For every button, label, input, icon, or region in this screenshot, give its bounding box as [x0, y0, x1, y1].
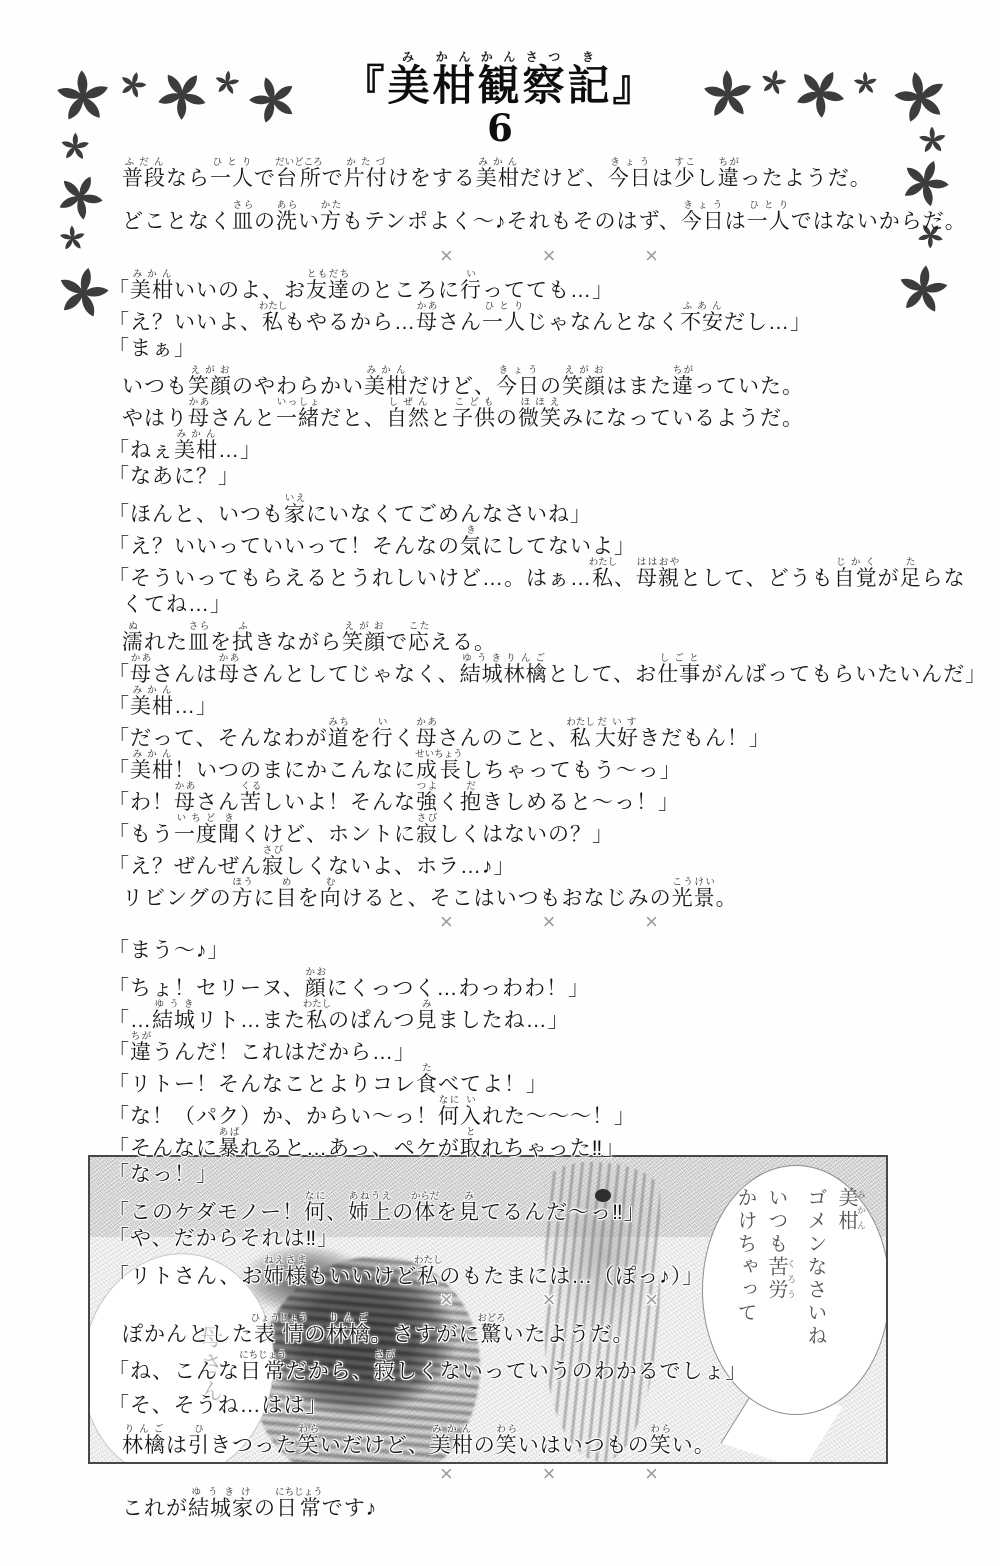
- text-line: 「なあに？」: [108, 461, 960, 493]
- text-line: 「母かあさんは母かあさんとしてじゃなく、結城ゆうき林檎りんごとして、お仕事しごと…: [108, 653, 960, 685]
- x-mark: ×: [645, 243, 658, 269]
- section-ending: ぽかんとした表情ひょうじょうの林檎りんご。さすがに驚おどろいたようだ。「ね、こん…: [122, 1313, 960, 1461]
- text-line: 「そ、そうね…はは」: [108, 1387, 960, 1424]
- x-mark: ×: [543, 243, 556, 269]
- x-mark: ×: [543, 1461, 556, 1487]
- text-line: 「ほんと、いつも家いえにいなくてごめんなさいね」: [108, 493, 960, 525]
- novel-text: 普段ふだんなら一人ひとりで台所だいどころで片付かたづけをする美柑みかんだけど、今…: [0, 157, 1000, 1527]
- section-living-room-dialogue: 「まう〜♪」「ちょ！セリーヌ、顔かおにくっつく…わっわわ！」「…結城ゆうきリト……: [122, 935, 960, 1287]
- x-mark: ×: [645, 909, 658, 935]
- section-separator: × × ×: [440, 243, 658, 269]
- x-mark: ×: [645, 1287, 658, 1313]
- section-separator: × × ×: [440, 909, 658, 935]
- section-separator: × × ×: [440, 1287, 658, 1313]
- text-line: 林檎りんごは引ひきつった笑わらいだけど、美柑みかんの笑わらいはいつもの笑わらい。: [122, 1424, 960, 1461]
- section-intro: 普段ふだんなら一人ひとりで台所だいどころで片付かたづけをする美柑みかんだけど、今…: [122, 157, 960, 243]
- text-line: 「ちょ！セリーヌ、顔かおにくっつく…わっわわ！」: [108, 967, 960, 999]
- x-mark: ×: [440, 1287, 453, 1313]
- text-line: 普段ふだんなら一人ひとりで台所だいどころで片付かたづけをする美柑みかんだけど、今…: [122, 157, 960, 200]
- x-mark: ×: [440, 909, 453, 935]
- text-line: いつも笑顔えがおのやわらかい美柑みかんだけど、今日きょうの笑顔えがおはまた違ちが…: [122, 365, 960, 397]
- text-line: 濡ぬれた皿さらを拭ふきながら笑顔えがおで応こたえる。: [122, 621, 960, 653]
- text-line: 「このケダモノー！何なに、姉上あねうえの体からだを見みてるんだ〜っ‼」: [108, 1191, 960, 1223]
- text-line: これが結城家ゆうきけの日常にちじょうです♪: [122, 1487, 960, 1527]
- text-line: 「ね、こんな日常にちじょうだから、寂さびしくないっていうのわかるでしょ」: [108, 1350, 960, 1387]
- text-line: 「だって、そんなわが道みちを行いく母かあさんのこと、私わたし大好だいすきだもん！…: [108, 717, 960, 749]
- text-line: ぽかんとした表情ひょうじょうの林檎りんご。さすがに驚おどろいたようだ。: [122, 1313, 960, 1350]
- text-line: 「まう〜♪」: [108, 935, 960, 967]
- text-line: どことなく皿さらの洗あらい方かたもテンポよく〜♪それもそのはず、今日きょうは一人…: [122, 200, 960, 243]
- section-kitchen-dialogue: 「美柑みかんいいのよ、お友達ともだちのところに行いってても…」「え？いいよ、私わ…: [122, 269, 960, 909]
- x-mark: ×: [645, 1461, 658, 1487]
- x-mark: ×: [440, 1461, 453, 1487]
- novel-page: 母さん 美柑みかんゴメンなさいねいつも苦労くろうかけちゃって 『美み柑かん観かん…: [0, 0, 1000, 1566]
- text-line: 「美柑みかんいいのよ、お友達ともだちのところに行いってても…」: [108, 269, 960, 301]
- x-mark: ×: [543, 1287, 556, 1313]
- text-line: リビングの方ほうに目めを向むけると、そこはいつもおなじみの光景こうけい。: [122, 877, 960, 909]
- section-separator: × × ×: [440, 1461, 658, 1487]
- x-mark: ×: [440, 243, 453, 269]
- section-final-line: これが結城家ゆうきけの日常にちじょうです♪: [122, 1487, 960, 1527]
- chapter-number: 6: [0, 107, 1000, 149]
- page-title: 『美み柑かん観かん察さつ記き』: [0, 50, 1000, 107]
- x-mark: ×: [543, 909, 556, 935]
- title-area: 『美み柑かん観かん察さつ記き』 6: [0, 0, 1000, 149]
- text-line: 「リトさん、お姉様ねえさまもいいけど私わたしのもたまには…（ぽっ♪）」: [108, 1255, 960, 1287]
